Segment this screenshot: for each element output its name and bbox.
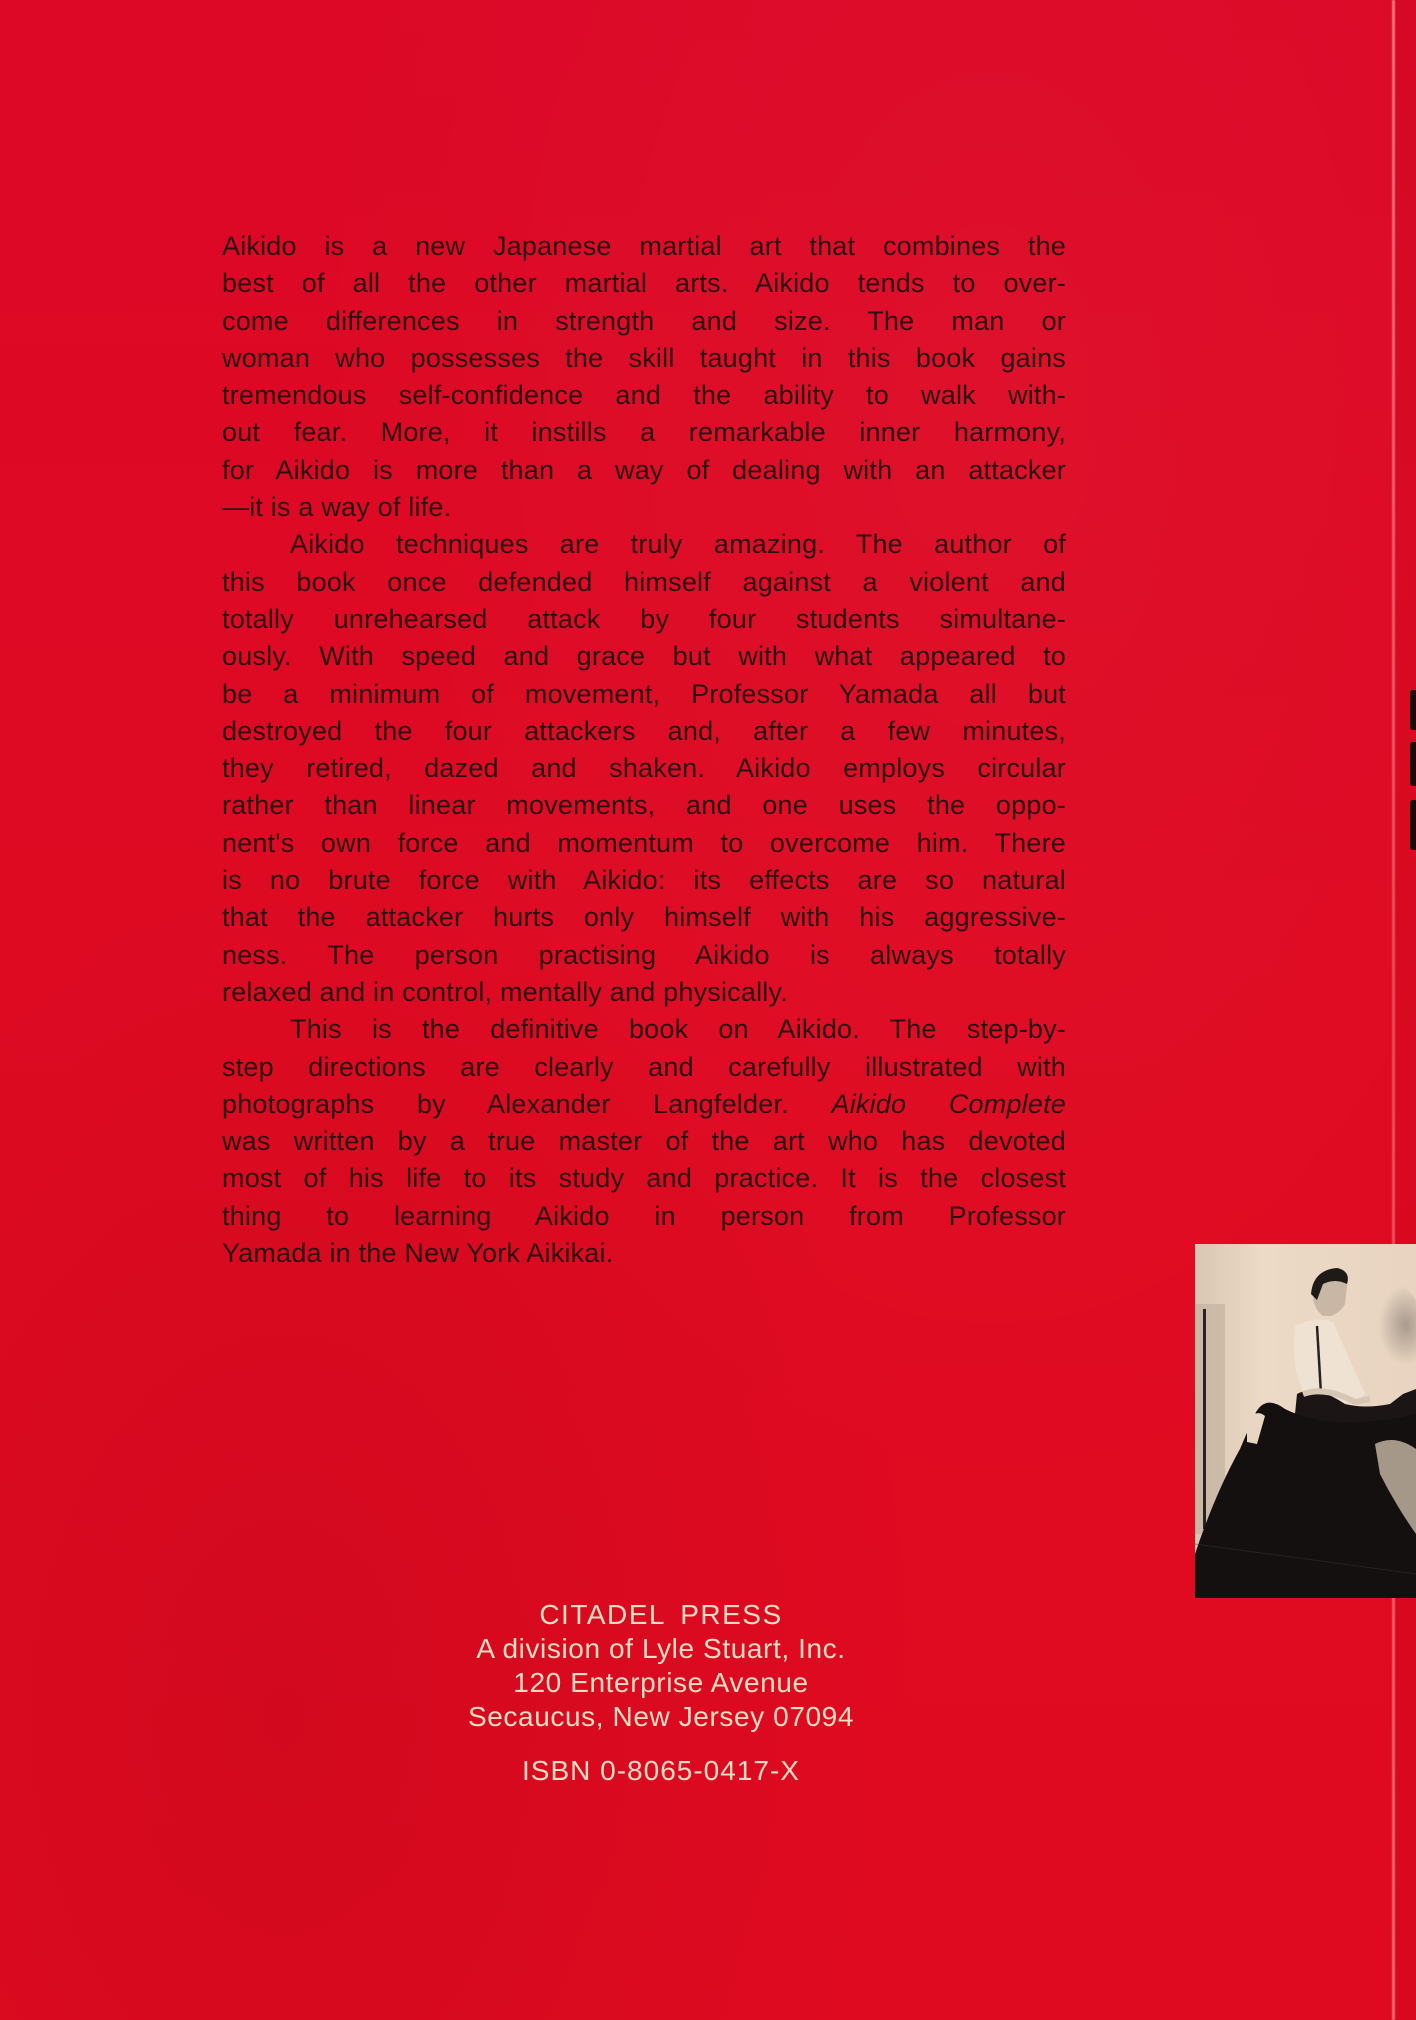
publisher-imprint: CITADEL PRESS A division of Lyle Stuart,… — [361, 1598, 961, 1788]
blurb-line: thing to learning Aikido in person from … — [222, 1198, 1066, 1235]
blurb-paragraph-3: This is the definitive book on Aikido. T… — [222, 1011, 1066, 1272]
blurb-line: destroyed the four attackers and, after … — [222, 713, 1066, 750]
blurb-paragraph-1: Aikido is a new Japanese martial art tha… — [222, 228, 1066, 526]
blurb-line: that the attacker hurts only himself wit… — [222, 899, 1066, 936]
blurb-line: this book once defended himself against … — [222, 564, 1066, 601]
publisher-division: A division of Lyle Stuart, Inc. — [361, 1632, 961, 1666]
blurb-line: is no brute force with Aikido: its effec… — [222, 862, 1066, 899]
blurb-line: Aikido techniques are truly amazing. The… — [222, 526, 1066, 563]
blurb-line: ously. With speed and grace but with wha… — [222, 638, 1066, 675]
spine-lettering-fragment — [1410, 690, 1416, 730]
blurb-line: Aikido is a new Japanese martial art tha… — [222, 228, 1066, 265]
cover-blurb: Aikido is a new Japanese martial art tha… — [222, 228, 1066, 1272]
blurb-paragraph-2: Aikido techniques are truly amazing. The… — [222, 526, 1066, 1011]
blurb-line: —it is a way of life. — [222, 489, 1066, 526]
blurb-line: nent's own force and momentum to overcom… — [222, 825, 1066, 862]
spine-lettering-fragment — [1410, 800, 1416, 850]
blurb-line-text: photographs by Alexander Langfelder. — [222, 1089, 831, 1119]
blurb-line: step directions are clearly and carefull… — [222, 1049, 1066, 1086]
blurb-line: totally unrehearsed attack by four stude… — [222, 601, 1066, 638]
spine-crease — [1392, 0, 1395, 2020]
blurb-line: be a minimum of movement, Professor Yama… — [222, 676, 1066, 713]
publisher-name: CITADEL PRESS — [361, 1598, 961, 1632]
book-title-italic: Aikido Complete — [831, 1089, 1066, 1119]
aikido-photo — [1195, 1244, 1416, 1598]
blurb-line: most of his life to its study and practi… — [222, 1160, 1066, 1197]
isbn-number: ISBN 0-8065-0417-X — [361, 1754, 961, 1788]
spine-edge — [1395, 0, 1416, 2020]
blurb-line: rather than linear movements, and one us… — [222, 787, 1066, 824]
blurb-line: out fear. More, it instills a remarkable… — [222, 414, 1066, 451]
blurb-line: photographs by Alexander Langfelder. Aik… — [222, 1086, 1066, 1123]
blurb-line: Yamada in the New York Aikikai. — [222, 1235, 1066, 1272]
blurb-line: best of all the other martial arts. Aiki… — [222, 265, 1066, 302]
blurb-line: they retired, dazed and shaken. Aikido e… — [222, 750, 1066, 787]
blurb-line: This is the definitive book on Aikido. T… — [222, 1011, 1066, 1048]
blurb-line: ness. The person practising Aikido is al… — [222, 937, 1066, 974]
blurb-line: for Aikido is more than a way of dealing… — [222, 452, 1066, 489]
publisher-city: Secaucus, New Jersey 07094 — [361, 1700, 961, 1734]
spine-lettering-fragment — [1410, 742, 1416, 786]
publisher-address: 120 Enterprise Avenue — [361, 1666, 961, 1700]
photo-aikido-practitioner-icon — [1195, 1244, 1416, 1598]
blurb-line: relaxed and in control, mentally and phy… — [222, 974, 1066, 1011]
blurb-line: was written by a true master of the art … — [222, 1123, 1066, 1160]
blurb-line: woman who possesses the skill taught in … — [222, 340, 1066, 377]
blurb-line: come differences in strength and size. T… — [222, 303, 1066, 340]
blurb-line: tremendous self-confidence and the abili… — [222, 377, 1066, 414]
